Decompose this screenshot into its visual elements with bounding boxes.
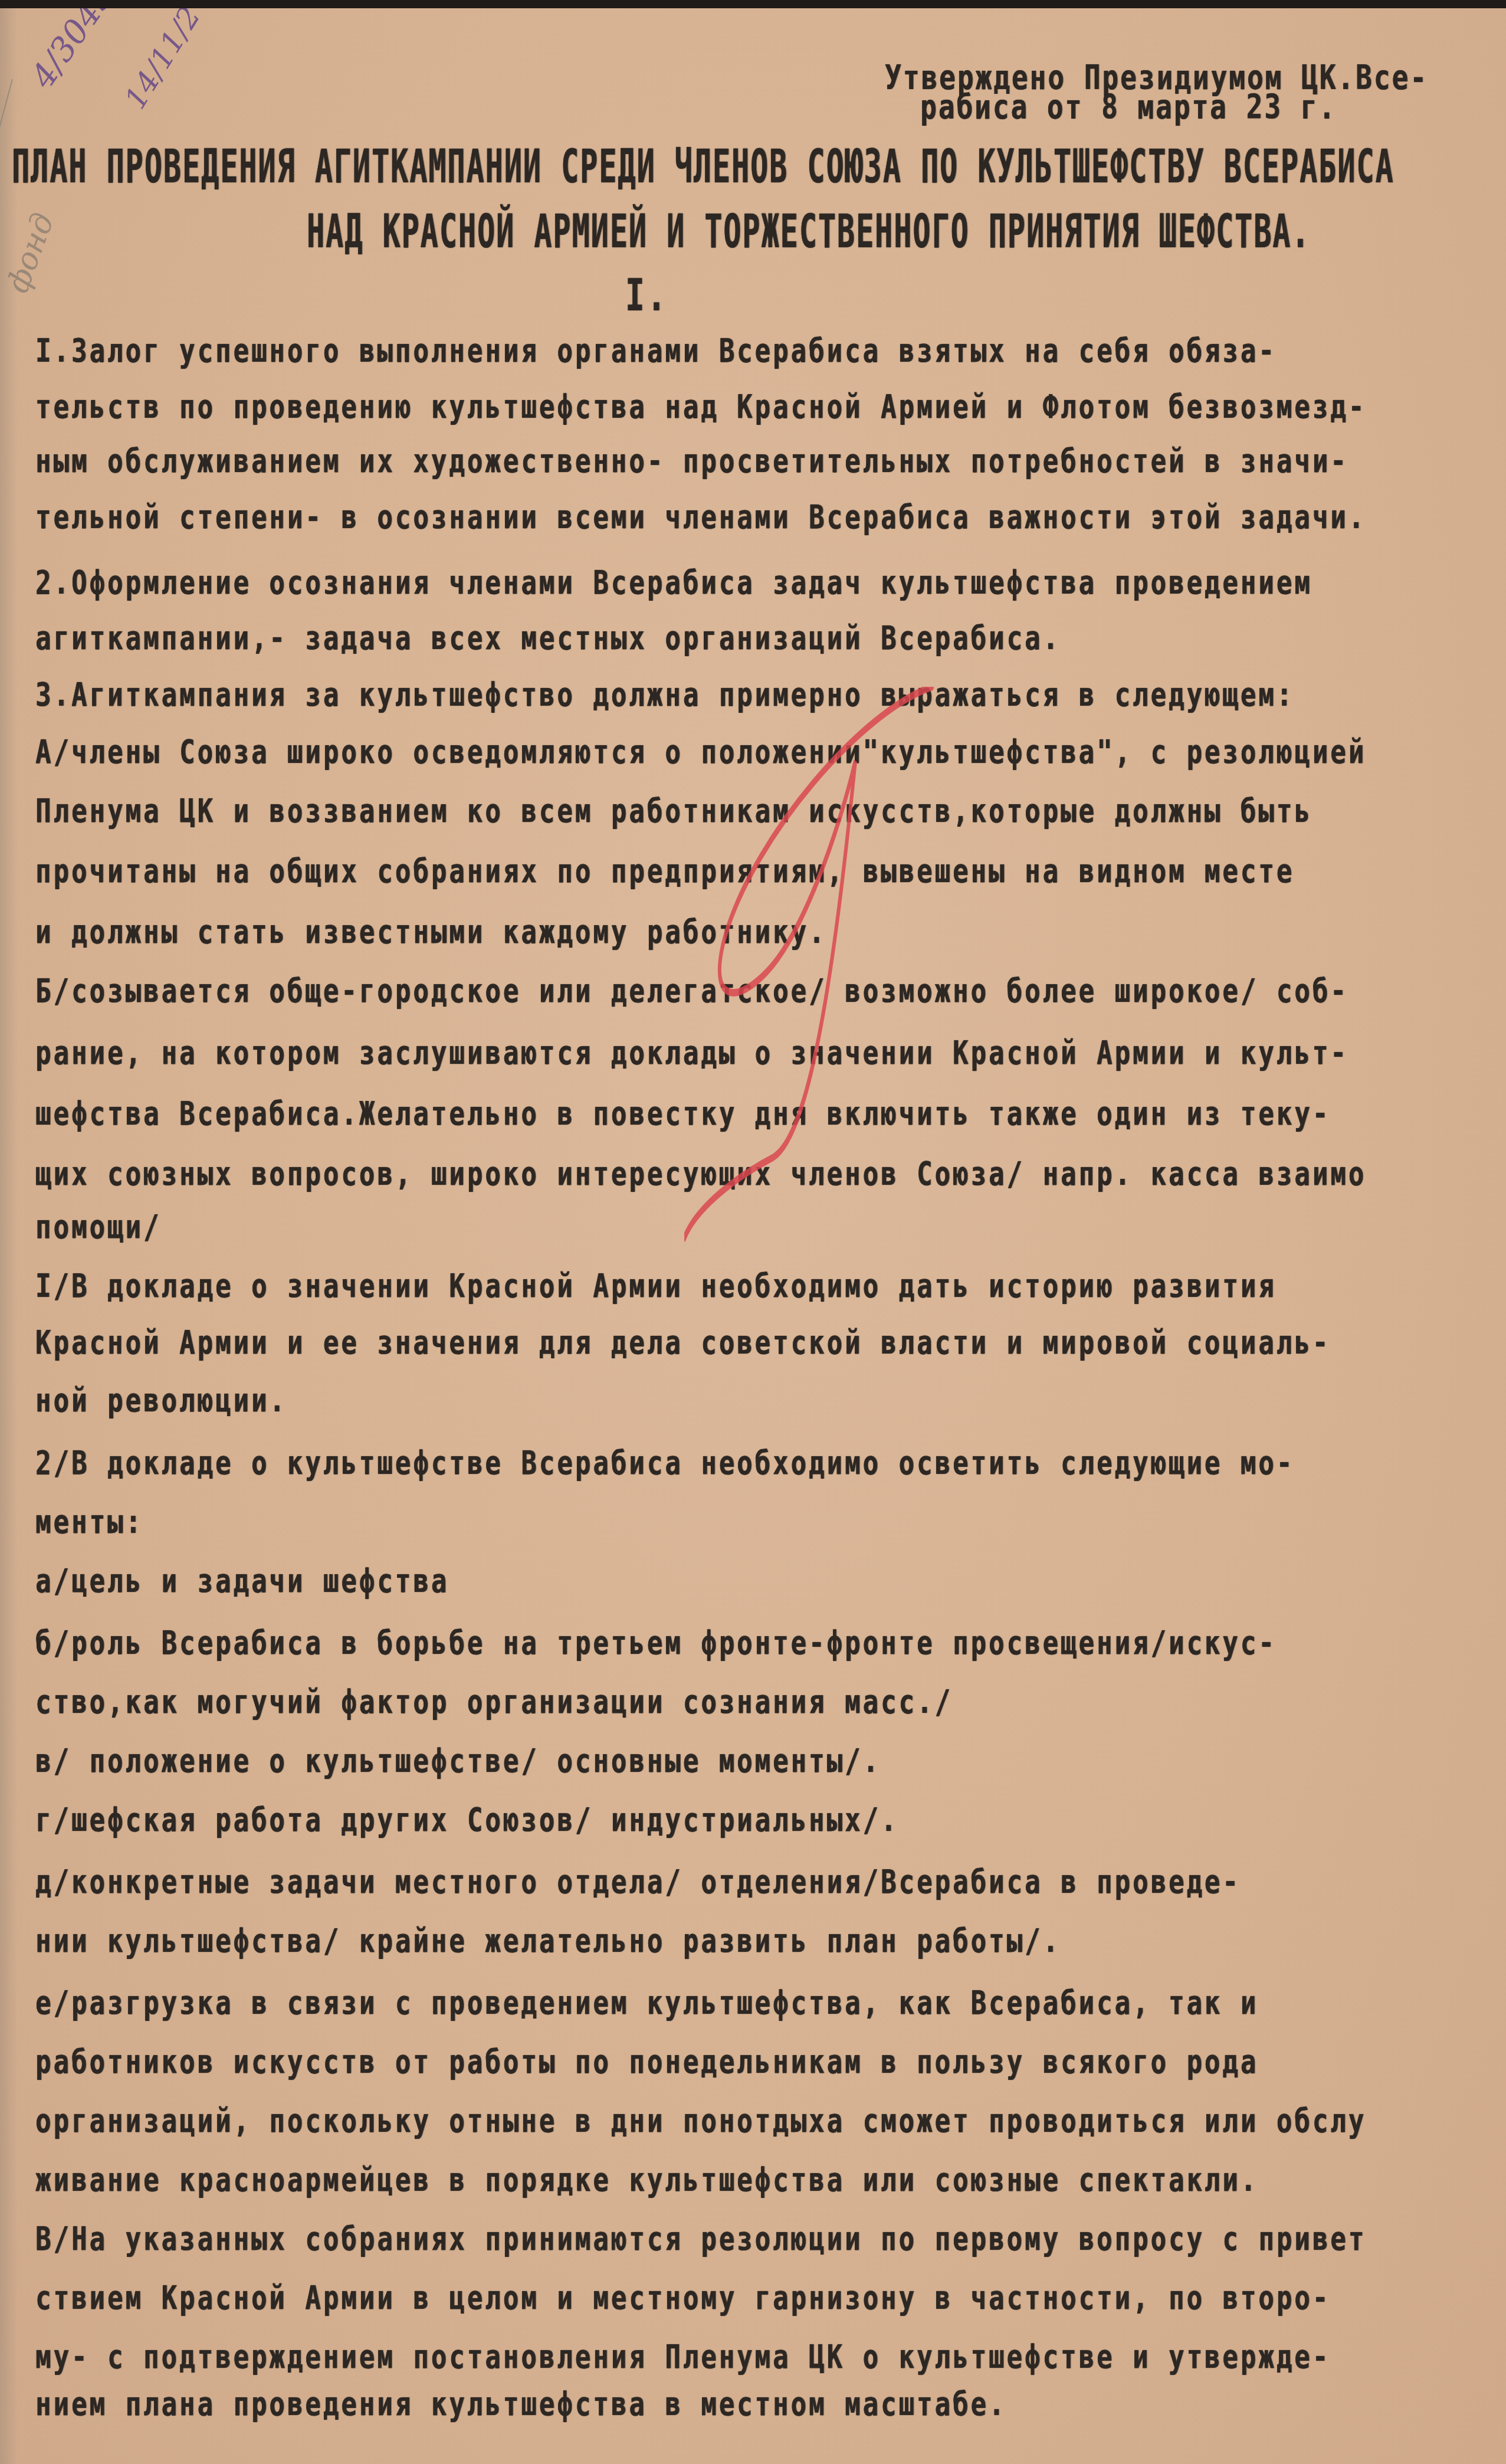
body-line: 3.Агиткампания за культшефство должна пр…: [35, 676, 1294, 714]
body-line: нии культшефства/ крайне желательно разв…: [35, 1922, 1061, 1960]
body-line: помощи/: [35, 1208, 161, 1246]
body-line: Пленума ЦК и воззванием ко всем работник…: [35, 792, 1313, 830]
body-line: нием плана проведения культшефства в мес…: [35, 2386, 1006, 2423]
body-line: а/цель и задачи шефства: [35, 1562, 449, 1600]
left-edge-shadow: [0, 8, 18, 2464]
body-line: Красной Армии и ее значения для дела сов…: [35, 1324, 1330, 1362]
body-line: тельств по проведению культшефства над К…: [35, 388, 1366, 426]
section-number: I.: [625, 269, 668, 321]
body-line: менты:: [35, 1503, 143, 1541]
archive-folio-annotation: 14/11/2: [118, 8, 207, 115]
body-line: I/В докладе о значении Красной Армии нео…: [35, 1267, 1277, 1305]
body-line: работников искусств от работы по понедел…: [35, 2043, 1258, 2081]
body-line: В/На указанных собраниях принимаются рез…: [35, 2220, 1366, 2258]
body-line: е/разгрузка в связи с проведением культш…: [35, 1984, 1258, 2022]
body-line: 2.Оформление осознания членами Всерабиса…: [35, 564, 1313, 602]
body-line: живание красноармейцев в порядке культше…: [35, 2161, 1258, 2199]
body-line: д/конкретные задачи местного отдела/ отд…: [35, 1863, 1241, 1901]
document-title-line-2: НАД КРАСНОЙ АРМИЕЙ И ТОРЖЕСТВЕННОГО ПРИН…: [307, 205, 1310, 258]
body-line: б/роль Всерабиса в борьбе на третьем фро…: [35, 1624, 1277, 1662]
document-title-line-1: ПЛАН ПРОВЕДЕНИЯ АГИТКАМПАНИИ СРЕДИ ЧЛЕНО…: [12, 140, 1395, 194]
body-line: му- с подтверждением постановления Плену…: [35, 2338, 1330, 2376]
body-line: ной революции.: [35, 1382, 287, 1420]
approval-line-2: рабиса от 8 марта 23 г.: [920, 87, 1337, 127]
archive-number-annotation: 4/3045: [24, 8, 122, 95]
body-line: ствием Красной Армии в целом и местному …: [35, 2279, 1330, 2317]
body-line: тельной степени- в осознании всеми члена…: [35, 499, 1366, 536]
body-line: 2/В докладе о культшефстве Всерабиса нео…: [35, 1444, 1294, 1482]
body-line: шефства Всерабиса.Желательно в повестку …: [35, 1095, 1330, 1133]
body-line: ным обслуживанием их художественно- прос…: [35, 443, 1348, 480]
body-line: г/шефская работа других Союзов/ индустри…: [35, 1801, 899, 1839]
body-line: организаций, поскольку отныне в дни поно…: [35, 2102, 1366, 2140]
body-line: ство,как могучий фактор организации созн…: [35, 1683, 953, 1721]
document-page: 4/3045 14/11/2 фонд Утверждено Президиум…: [0, 8, 1506, 2464]
body-line: I.Залог успешного выполнения органами Вс…: [35, 332, 1277, 370]
body-line: агиткампании,- задача всех местных орган…: [35, 620, 1061, 657]
red-pencil-mark-icon: [684, 687, 979, 1247]
body-line: в/ положение о культшефстве/ основные мо…: [35, 1742, 881, 1780]
body-line: прочитаны на общих собраниях по предприя…: [35, 853, 1294, 890]
